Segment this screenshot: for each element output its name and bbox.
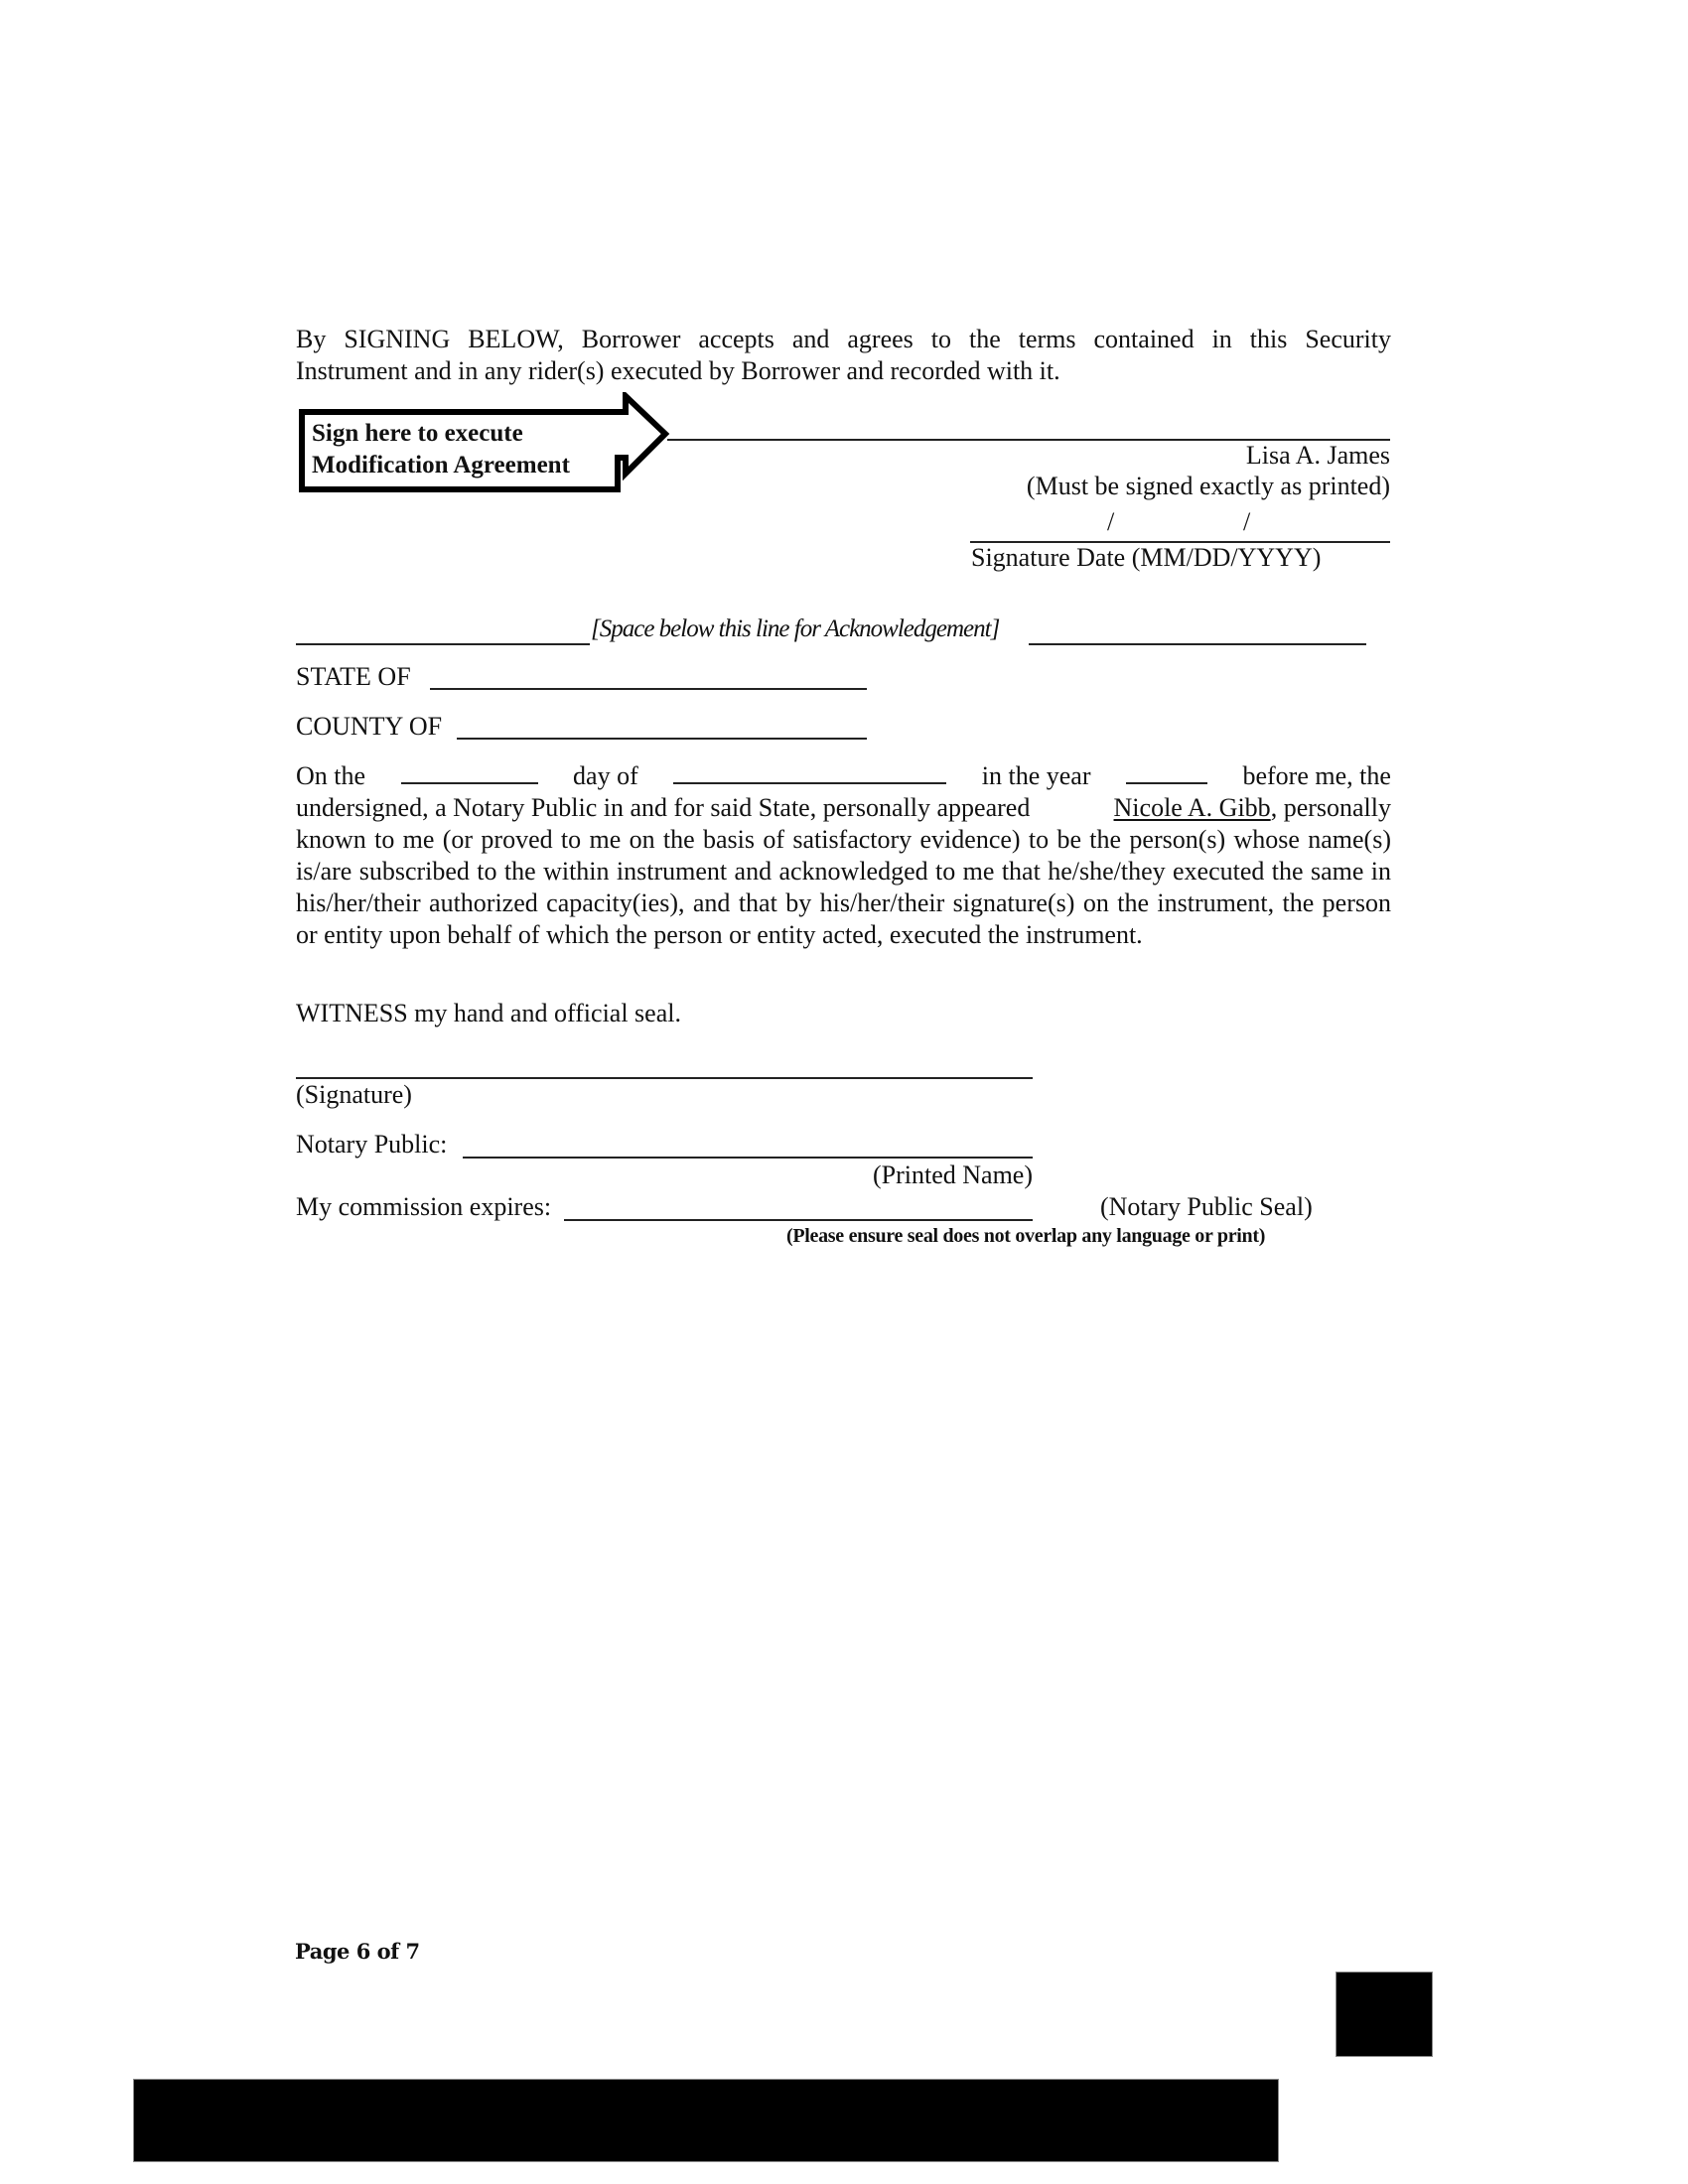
commission-label: My commission expires:: [296, 1191, 551, 1223]
date-slash-1: /: [1107, 506, 1114, 538]
borrower-sign-note: (Must be signed exactly as printed): [894, 471, 1390, 502]
signature-date-label: Signature Date (MM/DD/YYYY): [971, 542, 1321, 574]
redaction-block-bar: [133, 2079, 1279, 2162]
sign-here-text-1: Sign here to execute: [312, 418, 523, 450]
sign-here-arrow: Sign here to execute Modification Agreem…: [298, 392, 675, 496]
ack-divider-left: [296, 643, 590, 645]
notary-line-2: undersigned, a Notary Public in and for …: [296, 792, 1391, 824]
seal-note: (Please ensure seal does not overlap any…: [786, 1223, 1265, 1249]
notary-seal-label: (Notary Public Seal): [1100, 1191, 1313, 1223]
notary-line-2-post: , personally: [1271, 793, 1391, 822]
in-the-year-text: in the year: [982, 760, 1091, 792]
notary-line-1: On the day of in the year before me, the: [296, 760, 1391, 792]
sign-here-text-2: Modification Agreement: [312, 450, 570, 481]
county-label: COUNTY OF: [296, 711, 442, 743]
intro-line-1: By SIGNING BELOW, Borrower accepts and a…: [296, 324, 1391, 355]
signature-label: (Signature): [296, 1079, 412, 1111]
day-field[interactable]: [401, 760, 538, 784]
appeared-name: Nicole A. Gibb: [1114, 793, 1271, 822]
county-field[interactable]: [457, 738, 867, 740]
redaction-block-square: [1336, 1972, 1433, 2057]
notary-paragraph-body: known to me (or proved to me on the basi…: [296, 824, 1391, 951]
state-label: STATE OF: [296, 661, 411, 693]
year-field[interactable]: [1126, 760, 1207, 784]
printed-name-label: (Printed Name): [735, 1160, 1033, 1191]
ack-divider-label: [Space below this line for Acknowledgeme…: [591, 614, 999, 645]
date-slash-2: /: [1243, 506, 1250, 538]
state-field[interactable]: [430, 688, 867, 690]
ack-divider-right: [1029, 643, 1366, 645]
before-me-text: before me, the: [1242, 760, 1390, 792]
on-the-text: On the: [296, 760, 365, 792]
day-of-text: day of: [573, 760, 638, 792]
notary-line-2-pre: undersigned, a Notary Public in and for …: [296, 792, 1030, 824]
borrower-name: Lisa A. James: [894, 440, 1390, 472]
page-number: Page 6 of 7: [295, 1939, 420, 1964]
commission-field[interactable]: [564, 1219, 1033, 1221]
witness-text: WITNESS my hand and official seal.: [296, 998, 681, 1029]
notary-public-label: Notary Public:: [296, 1129, 447, 1160]
month-field[interactable]: [673, 760, 946, 784]
intro-line-2: Instrument and in any rider(s) executed …: [296, 355, 1060, 387]
notary-name-field[interactable]: [463, 1157, 1033, 1159]
